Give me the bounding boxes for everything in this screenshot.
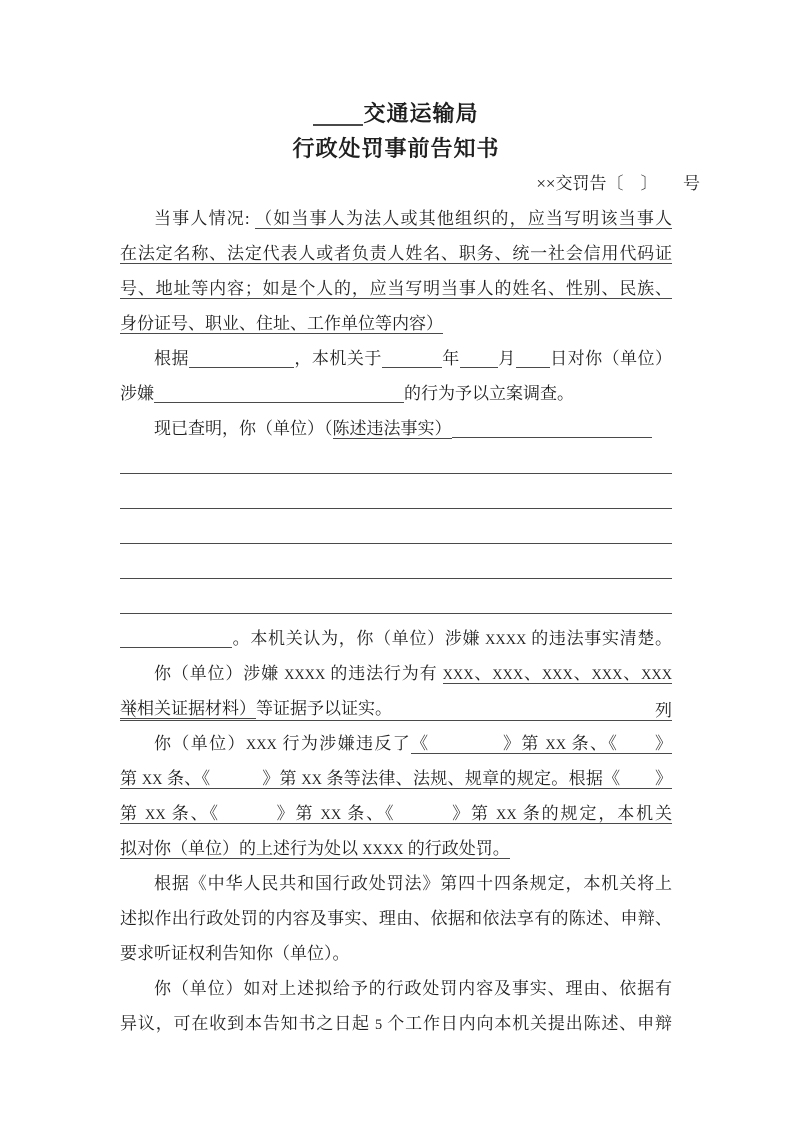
underlined-text: XXXX — [362, 842, 403, 859]
underlined-text: （如当事人为法人或其他组织的，应当写明该当事人 — [255, 209, 672, 229]
legal-basis-line: 拟对你（单位）的上述行为处以 XXXX 的行政处罚。 — [120, 831, 672, 866]
blank-field — [382, 348, 442, 368]
underlined-text: 条、《 》第 — [162, 769, 301, 789]
underlined-text: 《 》第 — [411, 734, 545, 754]
underlined-text: 、 — [622, 664, 641, 684]
text-segment: 行为涉嫌违反了 — [277, 734, 411, 753]
underlined-text: XX — [496, 807, 517, 824]
text-segment: 日对你（单位） — [550, 349, 672, 368]
case-filing-line: 涉嫌的行为予以立案调查。 — [120, 376, 672, 411]
underlined-text: 陈述违法事实） — [333, 419, 452, 439]
underlined-text: 在法定名称、法定代表人或者负责人姓名、职务、统一社会信用代码证 — [120, 244, 672, 264]
text-segment: 异议，可在收到本告知书之日起 — [120, 1014, 375, 1033]
underlined-text: 条、《 》第 — [341, 804, 496, 824]
text-segment: 你（单位）涉嫌 — [154, 664, 284, 683]
underlined-text: XXX — [443, 667, 474, 684]
ruled-blank-line — [120, 481, 672, 516]
underlined-text: XX — [321, 807, 342, 824]
notification-line: 要求听证权利告知你（单位）。 — [120, 936, 672, 971]
notification-line: 述拟作出行政处罚的内容及事实、理由、依据和依法享有的陈述、申辩、 — [120, 901, 672, 936]
ruled-blank-line — [120, 446, 672, 481]
text-segment: 年 — [442, 349, 460, 368]
text-segment: 。本机关认为，你（单位）涉嫌 — [232, 629, 485, 648]
text-segment: 交通运输局 — [363, 101, 478, 126]
legal-basis-line: 第 XX 条、《 》第 XX 条、《 》第 XX 条的规定，本机关 — [120, 796, 672, 831]
party-info-line: 在法定名称、法定代表人或者负责人姓名、职务、统一社会信用代码证 — [120, 236, 672, 271]
evidence-line: 你（单位）涉嫌 XXXX 的违法行为有 XXX、XXX、XXX、XXX、XXX（… — [120, 656, 672, 691]
underlined-text: 第 — [120, 769, 142, 789]
party-info-line: 当事人情况: （如当事人为法人或其他组织的，应当写明该当事人 — [120, 201, 672, 236]
blank-field — [452, 418, 652, 438]
ruled-blank-line — [120, 516, 672, 551]
text-segment: 现已查明，你（单位）（ — [154, 419, 333, 438]
underlined-text: 的行政处罚。 — [403, 839, 509, 859]
text-segment: 月 — [498, 349, 516, 368]
text-segment: ，本机关于 — [294, 349, 382, 368]
underlined-text: 、 — [573, 664, 592, 684]
text-segment: 的行为予以立案调查。 — [404, 384, 574, 403]
text-segment: 个工作日内向本机关提出陈述、申辩 — [382, 1014, 672, 1033]
underlined-text: 条等法律、法规、规章的规定。根据《 》 — [322, 769, 672, 789]
text-segment: 根据《中华人民共和国行政处罚法》第四十四条规定，本机关将上 — [154, 874, 672, 893]
underlined-text: 身份证号、职业、住址、工作单位等内容） — [120, 314, 443, 334]
underlined-text: XXX — [542, 667, 573, 684]
blank-field — [313, 105, 363, 126]
subtitle-line: 行政处罚事前告知书 — [120, 131, 672, 166]
underlined-text: 条、《 》第 — [166, 804, 321, 824]
text-segment: XXXX — [284, 667, 325, 683]
case-filing-line: 根据，本机关于年月日对你（单位） — [120, 341, 672, 376]
underlined-text: XX — [545, 737, 566, 754]
underlined-text: XX — [145, 807, 166, 824]
text-segment: 的违法事实清楚。 — [526, 629, 672, 648]
underlined-text: XX — [301, 772, 322, 789]
underlined-text: 举相关证据材料） — [120, 699, 256, 719]
text-segment: ××交罚告〔 〕 号 — [536, 174, 700, 193]
legal-basis-line: 第 XX 条、《 》第 XX 条等法律、法规、规章的规定。根据《 》 — [120, 761, 672, 796]
text-segment: 当事人情况: — [154, 209, 255, 228]
objection-line: 异议，可在收到本告知书之日起 5 个工作日内向本机关提出陈述、申辩 — [120, 1006, 672, 1041]
blank-field — [516, 348, 550, 368]
party-info-line: 身份证号、职业、住址、工作单位等内容） — [120, 306, 672, 341]
blank-field — [189, 348, 294, 368]
doc-number: ××交罚告〔 〕 号 — [120, 166, 700, 201]
underlined-text: 条的规定，本机关 — [517, 804, 672, 824]
party-info-line: 号、地址等内容；如是个人的，应当写明当事人的姓名、性别、民族、 — [120, 271, 672, 306]
text-segment: 根据 — [154, 349, 189, 368]
title-line: 交通运输局 — [120, 96, 672, 131]
underlined-text: XXX — [641, 667, 672, 684]
ruled-blank-line — [120, 586, 672, 621]
text-segment: 行政处罚事前告知书 — [292, 136, 499, 161]
underlined-text: XXX — [591, 667, 622, 684]
text-segment: XXX — [246, 737, 277, 753]
text-segment: 你（单位）如对上述拟给予的行政处罚内容及事实、理由、依据有 — [154, 979, 672, 998]
notification-line: 根据《中华人民共和国行政处罚法》第四十四条规定，本机关将上 — [120, 866, 672, 901]
underlined-text: 号、地址等内容；如是个人的，应当写明当事人的姓名、性别、民族、 — [120, 279, 672, 299]
facts-line: 现已查明，你（单位）（陈述违法事实） — [120, 411, 672, 446]
blank-field — [154, 383, 404, 403]
document-page: 交通运输局行政处罚事前告知书××交罚告〔 〕 号当事人情况: （如当事人为法人或… — [0, 0, 793, 1122]
underlined-text: 第 — [120, 804, 145, 824]
underlined-text: XXX — [492, 667, 523, 684]
underlined-text: XX — [142, 772, 163, 789]
blank-field — [120, 628, 232, 648]
text-segment: 述拟作出行政处罚的内容及事实、理由、依据和依法享有的陈述、申辩、 — [120, 909, 672, 928]
underlined-text: 、 — [474, 664, 493, 684]
blank-field — [460, 348, 498, 368]
underlined-text: 、 — [523, 664, 542, 684]
text-segment: 涉嫌 — [120, 384, 154, 403]
ruled-blank-line — [120, 551, 672, 586]
text-segment: 的违法行为有 — [325, 664, 442, 683]
underlined-text: 条、《 》 — [566, 734, 672, 754]
text-segment: 等证据予以证实。 — [256, 699, 392, 718]
text-segment: XXXX — [485, 632, 526, 648]
text-segment: 你（单位） — [154, 734, 246, 753]
objection-line: 你（单位）如对上述拟给予的行政处罚内容及事实、理由、依据有 — [120, 971, 672, 1006]
legal-basis-line: 你（单位）XXX 行为涉嫌违反了《 》第 XX 条、《 》 — [120, 726, 672, 761]
underlined-text: 拟对你（单位）的上述行为处以 — [120, 839, 362, 859]
text-segment: 要求听证权利告知你（单位）。 — [120, 944, 350, 963]
conclusion-line: 。本机关认为，你（单位）涉嫌 XXXX 的违法事实清楚。 — [120, 621, 672, 656]
